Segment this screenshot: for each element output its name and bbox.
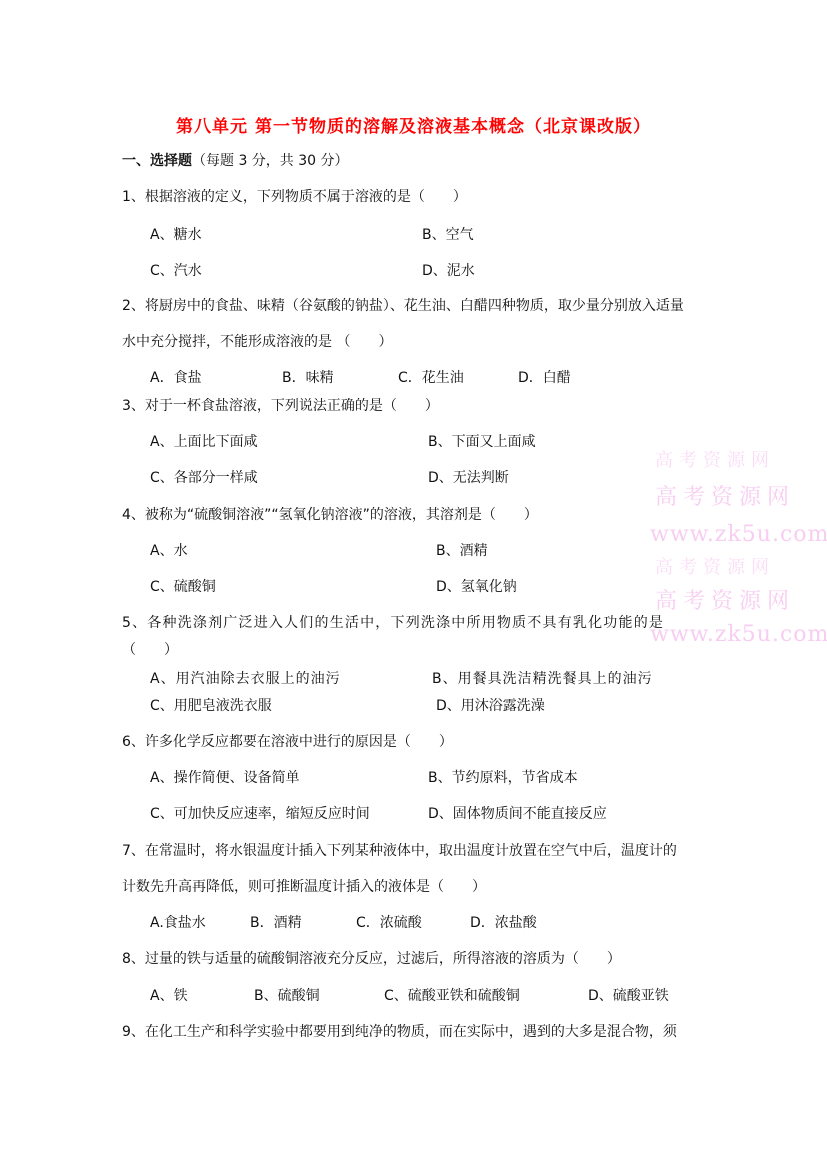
question-6-stem: 6、许多化学反应都要在溶液中进行的原因是（ ）	[122, 733, 453, 751]
question-6-option-a: A、操作简便、设备简单	[150, 769, 300, 787]
question-4-option-c: C、硫酸铜	[150, 578, 216, 596]
question-8-option-c: C、硫酸亚铁和硫酸铜	[384, 987, 520, 1005]
question-2-stem-line-1: 2、将厨房中的食盐、味精（谷氨酸的钠盐）、花生油、白醋四种物质，取少量分别放入适…	[122, 297, 684, 315]
question-3-option-a: A、上面比下面咸	[150, 433, 258, 451]
question-5-stem-line-2: （ ）	[122, 641, 178, 659]
question-3-option-d: D、无法判断	[428, 469, 509, 487]
question-2-option-b: B．味精	[282, 369, 334, 387]
watermark-text: 高考资源网	[655, 485, 795, 511]
section-heading-label: 一、选择题	[122, 153, 192, 169]
document-page: 第八单元 第一节物质的溶解及溶液基本概念（北京课改版） 一、选择题（每题 3 分…	[0, 0, 827, 1170]
watermark-url: www.zk5u.com	[650, 522, 827, 548]
question-6-option-c: C、可加快反应速率，缩短反应时间	[150, 805, 370, 823]
page-title: 第八单元 第一节物质的溶解及溶液基本概念（北京课改版）	[0, 112, 827, 137]
question-2-option-d: D．白醋	[518, 369, 571, 387]
watermark-text: 高考资源网	[655, 448, 775, 474]
question-1-option-d: D、泥水	[422, 262, 475, 280]
question-1-option-b: B、空气	[422, 226, 474, 244]
question-8-option-a: A、铁	[150, 987, 188, 1005]
question-3-option-c: C、各部分一样咸	[150, 469, 258, 487]
question-4-stem: 4、被称为“硫酸铜溶液”“氢氧化钠溶液”的溶液，其溶剂是（ ）	[122, 506, 538, 524]
question-6-option-d: D、固体物质间不能直接反应	[428, 805, 607, 823]
watermark-url: www.zk5u.com	[650, 622, 827, 648]
watermark-text: 高考资源网	[655, 555, 775, 581]
question-8-option-b: B、硫酸铜	[254, 987, 320, 1005]
question-5-option-b: B、用餐具洗洁精洗餐具上的油污	[432, 670, 653, 688]
question-3-option-b: B、下面又上面咸	[428, 433, 536, 451]
section-heading: 一、选择题（每题 3 分，共 30 分）	[122, 152, 349, 170]
question-4-option-b: B、酒精	[436, 542, 488, 560]
question-7-option-a: A.食盐水	[150, 914, 206, 932]
question-8-option-d: D、硫酸亚铁	[588, 987, 669, 1005]
section-heading-note: （每题 3 分，共 30 分）	[192, 153, 349, 169]
question-5-stem-line-1: 5、各种洗涤剂广泛进入人们的生活中，下列洗涤中所用物质不具有乳化功能的是	[122, 614, 664, 632]
question-7-option-b: B．酒精	[250, 914, 302, 932]
question-1-option-c: C、汽水	[150, 262, 202, 280]
question-5-option-d: D、用沐浴露洗澡	[436, 697, 545, 715]
question-8-stem: 8、过量的铁与适量的硫酸铜溶液充分反应，过滤后，所得溶液的溶质为（ ）	[122, 950, 621, 968]
question-9-stem: 9、在化工生产和科学实验中都要用到纯净的物质，而在实际中，遇到的大多是混合物，须	[122, 1023, 677, 1041]
question-1-option-a: A、糖水	[150, 226, 202, 244]
question-3-stem: 3、对于一杯食盐溶液，下列说法正确的是（ ）	[122, 397, 439, 415]
question-2-option-c: C．花生油	[398, 369, 464, 387]
question-7-stem-line-1: 7、在常温时，将水银温度计插入下列某种液体中，取出温度计放置在空气中后，温度计的	[122, 842, 677, 860]
question-7-stem-line-2: 计数先升高再降低，则可推断温度计插入的液体是（ ）	[122, 878, 486, 896]
question-2-option-a: A．食盐	[150, 369, 202, 387]
question-5-option-a: A、用汽油除去衣服上的油污	[150, 670, 341, 688]
question-7-option-c: C．浓硫酸	[356, 914, 422, 932]
question-2-stem-line-2: 水中充分搅拌，不能形成溶液的是 （ ）	[122, 333, 392, 351]
question-6-option-b: B、节约原料，节省成本	[428, 769, 578, 787]
watermark-text: 高考资源网	[655, 589, 795, 615]
question-5-option-c: C、用肥皂液洗衣服	[150, 697, 272, 715]
question-7-option-d: D．浓盐酸	[470, 914, 537, 932]
question-1-stem: 1、根据溶液的定义，下列物质不属于溶液的是（ ）	[122, 188, 467, 206]
question-4-option-d: D、氢氧化钠	[436, 578, 517, 596]
question-4-option-a: A、水	[150, 542, 188, 560]
